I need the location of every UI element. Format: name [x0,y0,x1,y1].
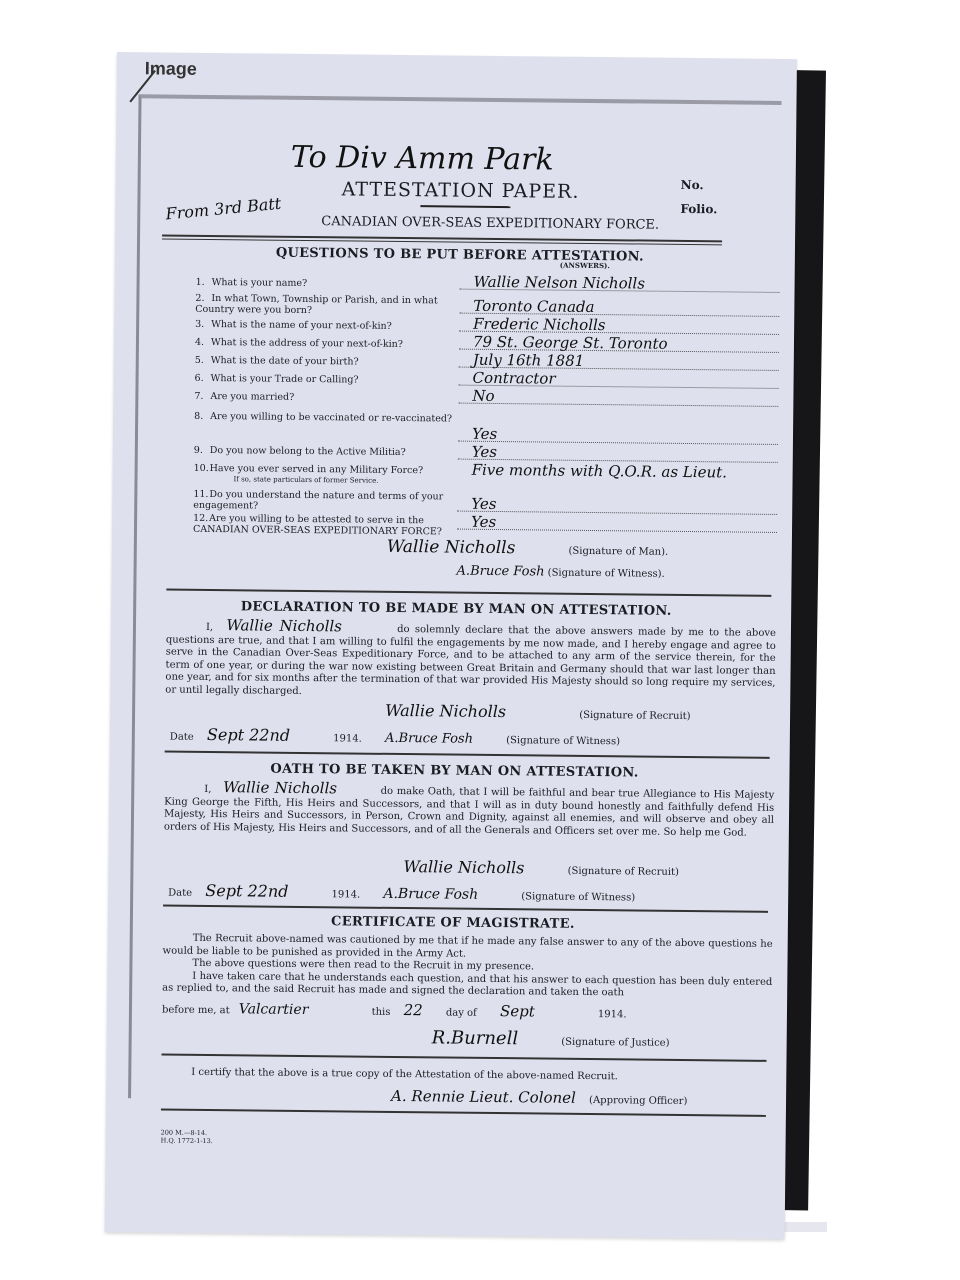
declaration-recruit-signature-row: Wallie Nicholls (Signature of Recruit) [385,701,691,723]
section-divider [163,905,768,913]
answer-9: Yes [458,444,778,463]
declaration-name: Wallie Nicholls [218,616,392,636]
answer-2: Toronto Canada [459,298,779,317]
section-divider [166,589,771,597]
magistrate-text: The Recruit above-named was cautioned by… [162,933,773,1002]
oath-text: I, Wallie Nicholls do make Oath, that I … [164,781,775,840]
justice-signature-row: R.Burnell (Signature of Justice) [432,1027,670,1050]
attestation-place: Valcartier [233,1001,369,1018]
question-8: 8.Are you willing to be vaccinated or re… [194,411,456,425]
oath-name: Wallie Nicholls [215,778,377,798]
question-4: 4.What is the address of your next-of-ki… [195,337,457,351]
question-9: 9.Do you now belong to the Active Militi… [194,445,456,459]
question-list: 1.What is your name? Wallie Nelson Nicho… [142,98,782,105]
attestation-month: Sept [480,1002,595,1021]
answer-10: Five months with Q.O.R. as Lieut. [458,462,778,481]
question-6: 6.What is your Trade or Calling? [195,373,457,387]
title-underline [420,205,510,208]
answer-12: Yes [457,514,777,533]
attestation-day: 22 [394,1001,443,1020]
certify-text: I certify that the above is a true copy … [191,1067,618,1082]
signature-of-man-row: Wallie Nicholls (Signature of Man). [387,537,669,560]
answer-6: Contractor [459,370,779,389]
questions-title: QUESTIONS TO BE PUT BEFORE ATTESTATION. [140,244,780,266]
question-5: 5.What is the date of your birth? [195,355,457,369]
signature-of-witness-row: A.Bruce Fosh (Signature of Witness). [457,564,665,581]
section-divider [161,1109,766,1117]
answer-8: Yes [458,426,778,445]
form-frame: To Div Amm Park From 3rd Batt ATTESTATIO… [128,94,781,1105]
section-divider [165,751,770,759]
header-divider [162,234,722,245]
oath-date: Sept 22nd [195,881,328,901]
signature-witness: A.Bruce Fosh [457,564,545,580]
number-label: No. [681,178,704,192]
declaration-date-row: Date Sept 22nd 1914. A.Bruce Fosh (Signa… [170,725,620,749]
answer-3: Frederic Nicholls [459,316,779,335]
answer-1: Wallie Nelson Nicholls [460,274,780,293]
section-divider [161,1054,766,1062]
question-12: 12.Are you willing to be attested to ser… [193,513,455,538]
handwritten-header-note: To Div Amm Park [291,140,554,178]
folio-label: Folio. [680,202,717,216]
form-footer-code: 200 M.—8-14. H.Q. 1772-1-13. [161,1129,213,1146]
question-7: 7.Are you married? [194,391,456,405]
magistrate-title: CERTIFICATE OF MAGISTRATE. [133,912,773,934]
attestation-paper: Image To Div Amm Park From 3rd Batt ATTE… [105,52,797,1239]
approving-officer-row: A. Rennie Lieut. Colonel (Approving Offi… [391,1087,688,1108]
answers-label: (ANSWERS). [560,261,610,271]
signature-man: Wallie Nicholls [387,537,516,558]
question-1: 1.What is your name? [196,277,458,291]
question-2: 2.In what Town, Township or Parish, and … [195,293,457,318]
answer-4: 79 St. George St. Toronto [459,334,779,353]
image-overlay-label: Image [145,58,197,80]
declaration-text: I, Wallie Nicholls do solemnly declare t… [165,619,776,703]
question-3: 3.What is the name of your next-of-kin? [195,319,457,333]
question-11: 11.Do you understand the nature and term… [193,489,455,514]
answer-5: July 16th 1881 [459,352,779,371]
answer-11: Yes [457,496,777,515]
magistrate-place-date-row: before me, at Valcartier this 22 day of … [162,999,627,1022]
oath-recruit-signature-row: Wallie Nicholls (Signature of Recruit) [403,857,679,879]
declaration-date: Sept 22nd [197,725,330,745]
oath-date-row: Date Sept 22nd 1914. A.Bruce Fosh (Signa… [168,881,635,905]
question-10: 10.Have you ever served in any Military … [193,463,455,488]
answer-7: No [458,388,778,407]
